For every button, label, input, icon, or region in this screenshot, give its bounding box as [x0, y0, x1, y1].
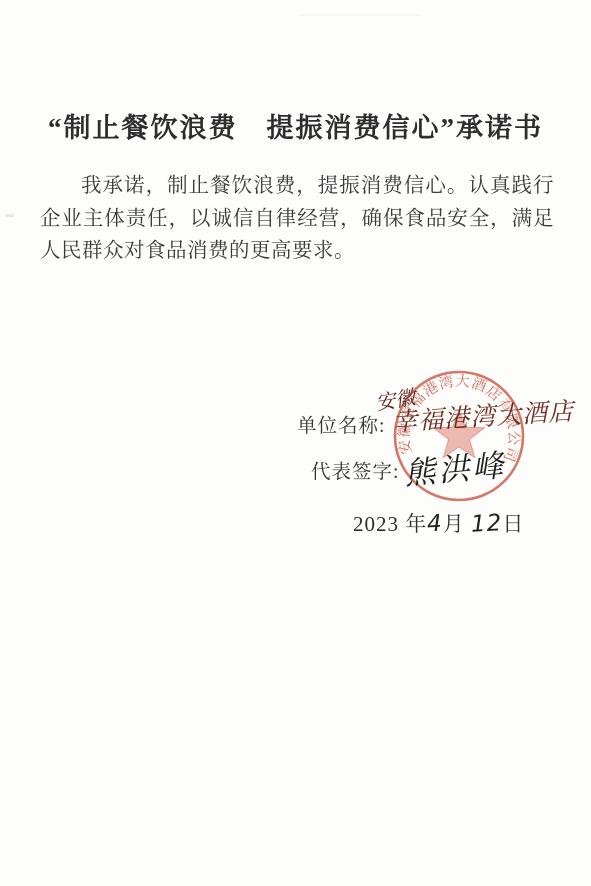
date-month-handwritten: 4 [427, 511, 444, 538]
representative-signature-handwriting: 熊洪峰 [402, 440, 508, 494]
date-day-printed: 日 [502, 512, 524, 536]
date-line: 2023 年4月 12日 [353, 508, 524, 538]
date-month-printed: 月 [443, 512, 471, 536]
scan-artifact [300, 14, 420, 16]
representative-signature-label: 代表签字: [311, 456, 399, 484]
pledge-paragraph: 我承诺，制止餐饮浪费，提振消费信心。认真践行企业主体责任，以诚信自律经营，确保食… [40, 170, 554, 268]
scan-artifact [5, 214, 14, 217]
unit-name-label: 单位名称: [297, 410, 385, 438]
date-year-printed: 2023 年 [353, 512, 427, 536]
unit-name-handwritten: 幸福港湾大酒店 [391, 391, 575, 438]
document-title: “制止餐饮浪费 提振消费信心”承诺书 [20, 106, 571, 145]
commitment-letter-page: “制止餐饮浪费 提振消费信心”承诺书 我承诺，制止餐饮浪费，提振消费信心。认真践… [0, 0, 591, 886]
date-day-handwritten: 12 [470, 510, 503, 538]
